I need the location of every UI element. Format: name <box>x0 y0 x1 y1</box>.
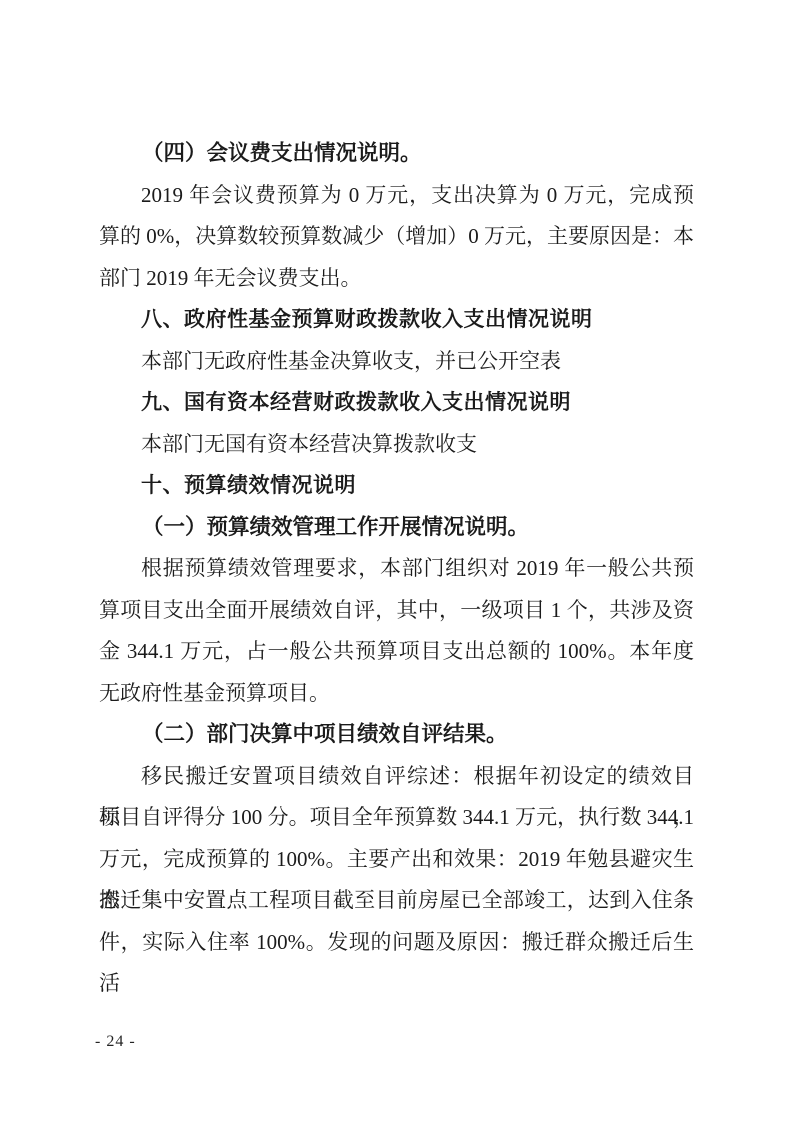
para-performance-line-1: 根据预算绩效管理要求，本部门组织对 2019 年一般公共预 <box>99 548 694 590</box>
para-state-capital: 本部门无国有资本经营决算拨款收支 <box>99 424 694 466</box>
para-performance-line-3: 金 344.1 万元，占一般公共预算项目支出总额的 100%。本年度 <box>99 631 694 673</box>
para-performance-line-4: 无政府性基金预算项目。 <box>99 673 694 715</box>
para-meeting-fee-line-1: 2019 年会议费预算为 0 万元，支出决算为 0 万元，完成预 <box>99 175 694 217</box>
heading-sub-1-performance-management: （一）预算绩效管理工作开展情况说明。 <box>99 507 694 549</box>
heading-section-8-gov-fund: 八、政府性基金预算财政拨款收入支出情况说明 <box>99 299 694 341</box>
para-self-eval-line-3: 万元，完成预算的 100%。主要产出和效果：2019 年勉县避灾生态 <box>99 839 694 881</box>
para-self-eval-line-2: 项目自评得分 100 分。项目全年预算数 344.1 万元，执行数 344.1 <box>99 797 694 839</box>
para-self-eval-line-5: 件，实际入住率 100%。发现的问题及原因：搬迁群众搬迁后生活 <box>99 922 694 964</box>
heading-section-4-meeting-fee: （四）会议费支出情况说明。 <box>99 133 694 175</box>
document-body: （四）会议费支出情况说明。 2019 年会议费预算为 0 万元，支出决算为 0 … <box>99 133 694 963</box>
para-performance-line-2: 算项目支出全面开展绩效自评，其中，一级项目 1 个，共涉及资 <box>99 590 694 632</box>
para-gov-fund: 本部门无政府性基金决算收支，并已公开空表 <box>99 341 694 383</box>
para-meeting-fee-line-3: 部门 2019 年无会议费支出。 <box>99 258 694 300</box>
para-meeting-fee-line-2: 算的 0%，决算数较预算数减少（增加）0 万元，主要原因是：本 <box>99 216 694 258</box>
heading-section-10-budget-performance: 十、预算绩效情况说明 <box>99 465 694 507</box>
page-number: - 24 - <box>95 1031 136 1053</box>
heading-section-9-state-capital: 九、国有资本经营财政拨款收入支出情况说明 <box>99 382 694 424</box>
para-self-eval-line-4: 搬迁集中安置点工程项目截至目前房屋已全部竣工，达到入住条 <box>99 880 694 922</box>
para-self-eval-line-1: 移民搬迁安置项目绩效自评综述：根据年初设定的绩效目标， <box>99 756 694 798</box>
heading-sub-2-self-evaluation: （二）部门决算中项目绩效自评结果。 <box>99 714 694 756</box>
document-page: （四）会议费支出情况说明。 2019 年会议费预算为 0 万元，支出决算为 0 … <box>0 0 793 1122</box>
